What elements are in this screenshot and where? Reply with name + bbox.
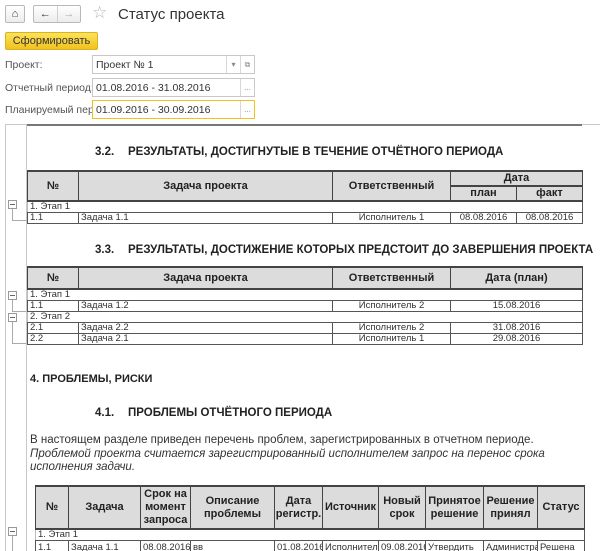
col-source: Источник <box>323 486 379 529</box>
report-document[interactable]: 3.2.РЕЗУЛЬТАТЫ, ДОСТИГНУТЫЕ В ТЕЧЕНИЕ ОТ… <box>5 124 600 551</box>
collapse-group-icon[interactable] <box>8 291 17 300</box>
col-owner: Ответственный <box>333 171 451 201</box>
generate-button[interactable]: Сформировать <box>5 32 98 50</box>
planned-period-value: 01.09.2016 - 30.09.2016 <box>93 104 240 116</box>
col-reg-date: Дата регистр. <box>275 486 323 529</box>
report-period-value: 01.08.2016 - 31.08.2016 <box>93 82 240 94</box>
project-value: Проект № 1 <box>93 59 226 71</box>
home-icon: ⌂ <box>12 8 19 20</box>
page-title: Статус проекта <box>118 6 225 23</box>
problems-table: № Задача Срок на момент запроса Описание… <box>35 485 585 551</box>
dropdown-icon[interactable]: ▾ <box>226 56 240 73</box>
col-description: Описание проблемы <box>191 486 275 529</box>
upcoming-results-table: № Задача проекта Ответственный Дата (пла… <box>27 266 583 345</box>
col-num: № <box>36 486 69 529</box>
select-period-icon[interactable]: ... <box>240 79 254 96</box>
section-3-3-heading: 3.3.РЕЗУЛЬТАТЫ, ДОСТИЖЕНИЕ КОТОРЫХ ПРЕДС… <box>95 244 593 256</box>
table-row[interactable]: 1.1 Задача 1.1 08.08.2016 вв 01.08.2016 … <box>36 541 585 551</box>
collapse-group-icon[interactable] <box>8 313 17 322</box>
col-decided-by: Решение принял <box>484 486 538 529</box>
section-intro-text: В настоящем разделе приведен перечень пр… <box>30 434 534 446</box>
col-deadline: Срок на момент запроса <box>141 486 191 529</box>
col-plan: план <box>451 186 517 201</box>
col-decision: Принятое решение <box>426 486 484 529</box>
table-row[interactable]: 1.1 Задача 1.1 Исполнитель 1 08.08.2016 … <box>28 213 583 224</box>
select-period-icon[interactable]: ... <box>240 101 254 118</box>
col-num: № <box>28 267 79 289</box>
favorite-star-icon[interactable]: ☆ <box>92 3 107 23</box>
home-button[interactable]: ⌂ <box>5 5 25 23</box>
col-owner: Ответственный <box>333 267 451 289</box>
results-achieved-table: № Задача проекта Ответственный Дата план… <box>27 170 583 224</box>
col-num: № <box>28 171 79 201</box>
section-3-2-heading: 3.2.РЕЗУЛЬТАТЫ, ДОСТИГНУТЫЕ В ТЕЧЕНИЕ ОТ… <box>95 146 503 158</box>
table-row[interactable]: 2.2 Задача 2.1 Исполнитель 1 29.08.2016 <box>28 334 583 345</box>
group-row[interactable]: 1. Этап 1 <box>36 529 585 541</box>
forward-button[interactable]: → <box>57 6 81 22</box>
group-row[interactable]: 2. Этап 2 <box>28 312 583 323</box>
project-label: Проект: <box>5 59 43 71</box>
col-date-plan: Дата (план) <box>451 267 583 289</box>
col-date: Дата <box>451 171 583 186</box>
report-period-field[interactable]: 01.08.2016 - 31.08.2016 ... <box>92 78 255 97</box>
navigation-buttons: ← → <box>33 5 81 23</box>
group-row[interactable]: 1. Этап 1 <box>28 289 583 301</box>
section-4-1-heading: 4.1.ПРОБЛЕМЫ ОТЧЁТНОГО ПЕРИОДА <box>95 407 332 419</box>
planned-period-field[interactable]: 01.09.2016 - 30.09.2016 ... <box>92 100 255 119</box>
col-new-deadline: Новый срок <box>379 486 426 529</box>
back-button[interactable]: ← <box>34 6 57 22</box>
col-fact: факт <box>517 186 583 201</box>
table-row[interactable]: 2.1 Задача 2.2 Исполнитель 2 31.08.2016 <box>28 323 583 334</box>
group-row[interactable]: 1. Этап 1 <box>28 201 583 213</box>
section-4-heading: 4. ПРОБЛЕМЫ, РИСКИ <box>30 373 152 385</box>
report-period-label: Отчетный период: <box>5 82 94 94</box>
project-field[interactable]: Проект № 1 ▾ ⧉ <box>92 55 255 74</box>
report-sheet: 3.2.РЕЗУЛЬТАТЫ, ДОСТИГНУТЫЕ В ТЕЧЕНИЕ ОТ… <box>26 125 600 551</box>
table-row[interactable]: 1.1 Задача 1.2 Исполнитель 2 15.08.2016 <box>28 301 583 312</box>
section-note-text: Проблемой проекта считается зарегистриро… <box>30 448 580 474</box>
col-task: Задача проекта <box>79 171 333 201</box>
col-task: Задача проекта <box>79 267 333 289</box>
col-status: Статус <box>538 486 585 529</box>
tree-gutter <box>6 125 26 551</box>
col-task: Задача <box>69 486 141 529</box>
collapse-group-icon[interactable] <box>8 200 17 209</box>
collapse-group-icon[interactable] <box>8 527 17 536</box>
open-icon[interactable]: ⧉ <box>240 56 254 73</box>
